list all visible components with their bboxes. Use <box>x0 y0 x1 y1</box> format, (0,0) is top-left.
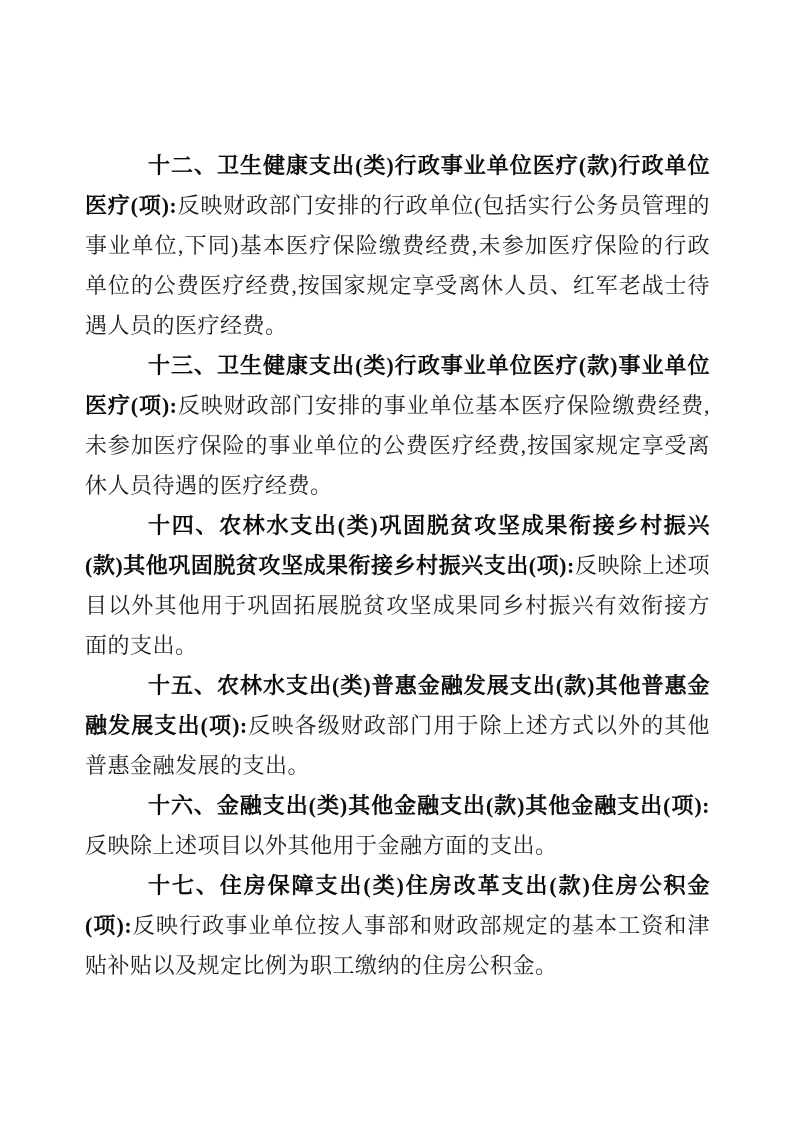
paragraph-12-body: 反映财政部门安排的行政单位(包括实行公务员管理的事业单位,下同)基本医疗保险缴费… <box>85 193 710 338</box>
paragraph-12: 十二、卫生健康支出(类)行政事业单位医疗(款)行政单位医疗(项):反映财政部门安… <box>85 146 710 346</box>
paragraph-17-body: 反映行政事业单位按人事部和财政部规定的基本工资和津贴补贴以及规定比例为职工缴纳的… <box>85 913 710 978</box>
paragraph-13: 十三、卫生健康支出(类)行政事业单位医疗(款)事业单位医疗(项):反映财政部门安… <box>85 346 710 506</box>
paragraph-16-lead: 十六、金融支出(类)其他金融支出(款)其他金融支出(项): <box>148 793 710 818</box>
paragraph-15: 十五、农林水支出(类)普惠金融发展支出(款)其他普惠金融发展支出(项):反映各级… <box>85 666 710 786</box>
paragraph-14: 十四、农林水支出(类)巩固脱贫攻坚成果衔接乡村振兴(款)其他巩固脱贫攻坚成果衔接… <box>85 506 710 666</box>
paragraph-16: 十六、金融支出(类)其他金融支出(款)其他金融支出(项):反映除上述项目以外其他… <box>85 786 710 866</box>
paragraph-13-body: 反映财政部门安排的事业单位基本医疗保险缴费经费,未参加医疗保险的事业单位的公费医… <box>85 393 710 498</box>
text-block: 十二、卫生健康支出(类)行政事业单位医疗(款)行政单位医疗(项):反映财政部门安… <box>85 146 710 986</box>
document-page: 十二、卫生健康支出(类)行政事业单位医疗(款)行政单位医疗(项):反映财政部门安… <box>0 0 793 1122</box>
paragraph-17: 十七、住房保障支出(类)住房改革支出(款)住房公积金(项):反映行政事业单位按人… <box>85 866 710 986</box>
paragraph-16-body: 反映除上述项目以外其他用于金融方面的支出。 <box>85 833 558 858</box>
